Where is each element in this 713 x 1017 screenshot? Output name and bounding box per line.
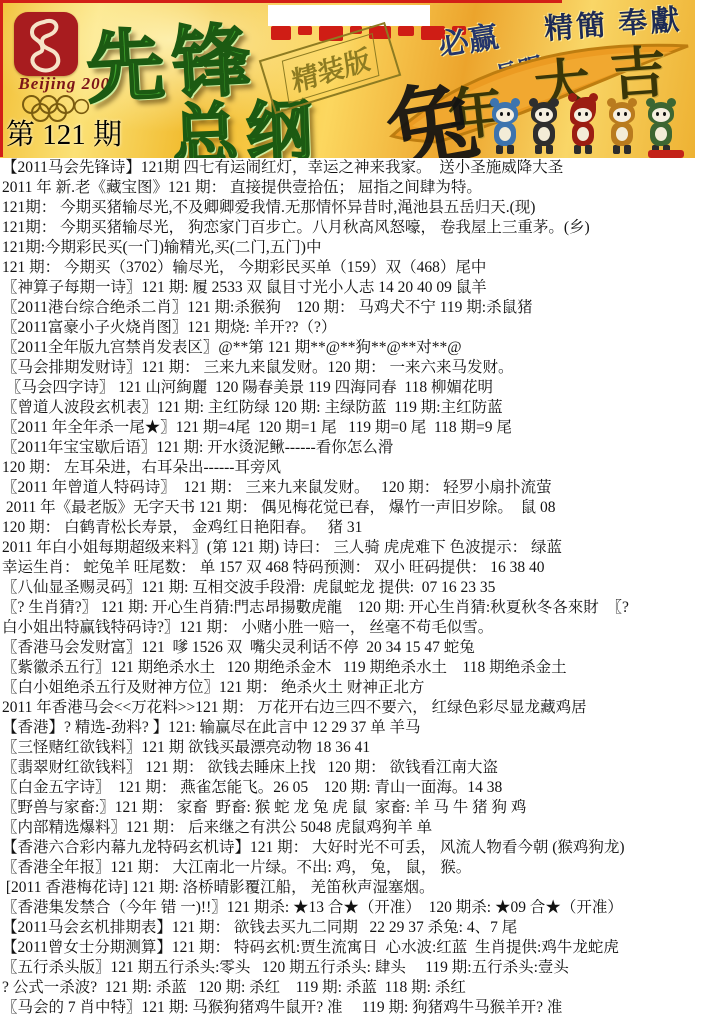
report-line: 〖白金五字诗〗 121 期： 燕雀怎能飞。26 05 120 期: 青山一面海。… — [0, 778, 713, 798]
report-line: 〖香港集发禁合（今年 错 一)!!〗121 期杀: ★13 合★（开准） 120… — [0, 898, 713, 918]
report-line: 121期:今期彩民买(一门)输精光,买(二门,五门)中 — [0, 238, 713, 258]
report-line: 121 期： 今期买（3702）输尽光， 今期彩民买单（159）双（468）尾中 — [0, 258, 713, 278]
report-line: 〖白小姐绝杀五行及财神方位〗121 期： 绝杀火土 财神正北方 — [0, 678, 713, 698]
report-line: 【2011马会玄机排期表】121 期： 欲钱去买九二同期 22 29 37 杀兔… — [0, 918, 713, 938]
report-line: 【2011曾女士分期测算】121 期： 特码玄机:贾生流寓日 心水波:红蓝 生肖… — [0, 938, 713, 958]
report-line: 2011 年 新.老《藏宝图》121 期： 直接提供壹拾伍； 屈指之间肆为特。 — [0, 178, 713, 198]
report-line: 2011 年《最老版》无字天书 121 期： 偶见梅花觉已春， 爆竹一声旧岁除。… — [0, 498, 713, 518]
report-line: 121期： 今期买猪输尽光,不及卿卿爱我情.无那情怀异昔时,渑池县五岳归天.(现… — [0, 198, 713, 218]
report-line: [2011 香港梅花诗] 121 期: 洛桥晴影覆江船， 羌笛秋声湿塞烟。 — [0, 878, 713, 898]
report-line: 白小姐出特赢钱特码诗?〗121 期： 小赌小胜一赔一， 丝毫不苟毛似雪。 — [0, 618, 713, 638]
report-line: ? 公式一杀波? 121 期: 杀蓝 120 期: 杀红 119 期: 杀蓝 1… — [0, 978, 713, 998]
tips-text-block: 【2011马会先锋诗】121期 四七有运闹红灯，幸运之神来我家。 送小圣施威降大… — [0, 158, 713, 1017]
mascot-beibei-icon — [487, 101, 523, 157]
whited-out-box — [268, 5, 430, 26]
banner: Beijing 2008 第 121 期 先锋 总纲 精装版 必赢 精簡 — [0, 0, 695, 158]
dancing-figure-icon — [14, 12, 78, 76]
report-line: 121期： 今期买猪输尽光， 狗恋家门百步亡。八月秋高风怒嚎， 卷我屋上三重茅。… — [0, 218, 713, 238]
report-line: 〖2011 年全年杀一尾★〗121 期=4尾 120 期=1 尾 119 期=0… — [0, 418, 713, 438]
report-line: 〖曾道人波段玄机表〗121 期: 主红防绿 120 期: 主绿防蓝 119 期:… — [0, 398, 713, 418]
issue-number: 第 121 期 — [6, 112, 122, 153]
report-line: 〖2011港台综合绝杀二肖〗121 期:杀猴狗 120 期： 马鸡犬不宁 119… — [0, 298, 713, 318]
report-line: 〖马会的 7 肖中特〗121 期: 马猴狗猪鸡牛鼠开? 准 119 期: 狗猪鸡… — [0, 998, 713, 1017]
report-line: 〖翡翠财红欲钱料〗 121 期： 欲钱去睡床上找 120 期： 欲钱看江南大盗 — [0, 758, 713, 778]
report-line: 【香港六合彩内幕九龙特码玄机诗】121 期： 大好时光不可丢， 风流人物看今朝 … — [0, 838, 713, 858]
report-line: 〖八仙显圣赐灵码〗121 期: 互相交波手段滑: 虎鼠蛇龙 提供: 07 16 … — [0, 578, 713, 598]
report-line: 〖紫徽杀五行〗121 期绝杀水土 120 期绝杀金木 119 期绝杀水土 118… — [0, 658, 713, 678]
report-line: 〖神算子每期一诗〗121 期: 履 2533 双 鼠目寸光小人志 14 20 4… — [0, 278, 713, 298]
report-line: 〖香港全年报〗121 期： 大江南北一片绿。不出: 鸡， 兔， 鼠， 猴。 — [0, 858, 713, 878]
report-line: 〖马会排期发财诗〗121 期： 三来九来鼠发财。120 期： 一来六来马发财。 — [0, 358, 713, 378]
report-line: 〖野兽与家畜:〗121 期： 家畜 野畜: 猴 蛇 龙 兔 虎 鼠 家畜: 羊 … — [0, 798, 713, 818]
beijing-2008-emblem-icon — [14, 12, 78, 76]
report-line: 幸运生肖： 蛇兔羊 旺尾数： 单 157 双 468 特码预测： 双小 旺码提供… — [0, 558, 713, 578]
report-line: 〖五行杀头版〗121 期五行杀头:零头 120 期五行杀头: 肆头 119 期:… — [0, 958, 713, 978]
report-line: 120 期： 左耳朵进，右耳朵出------耳旁风 — [0, 458, 713, 478]
report-line: 2011 年香港马会<<万花料>>121 期： 万花开右边三四不要六， 红绿色彩… — [0, 698, 713, 718]
report-line: 120 期： 白鹤青松长寿景， 金鸡红日艳阳春。 猪 31 — [0, 518, 713, 538]
report-line: 2011 年白小姐每期超级来料〗(第 121 期) 诗曰： 三人骑 虎虎难下 色… — [0, 538, 713, 558]
report-line: 【香港】? 精选-劲料? 】121: 输赢尽在此言中 12 29 37 单 羊马 — [0, 718, 713, 738]
red-accent — [648, 150, 684, 158]
ribbon-char-ji: 吉 — [607, 28, 668, 112]
mascot-nini-icon — [643, 101, 679, 157]
report-line: 〖? 生肖猜?〗 121 期: 开心生肖猜:門志昂揚數虎龍 120 期: 开心生… — [0, 598, 713, 618]
report-line: 〖2011年宝宝歇后语〗121 期: 开水烫泥鳅------看你怎么滑 — [0, 438, 713, 458]
fuwa-mascots — [487, 101, 679, 157]
red-border-top — [0, 0, 562, 3]
report-line: 〖2011富豪小子火烧肖图〗121 期烧: 羊开??（?） — [0, 318, 713, 338]
mascot-huanhuan-icon — [565, 101, 601, 157]
report-line: 〖三怪赌红欲钱料〗121 期 欲钱买最漂亮动物 18 36 41 — [0, 738, 713, 758]
report-line: 〖马会四字诗〗 121 山河絢麗 120 陽春美景 119 四海同春 118 柳… — [0, 378, 713, 398]
mascot-yingying-icon — [604, 101, 640, 157]
report-line: 〖2011全年版九宫禁肖发表区〗@**第 121 期**@**狗**@**对**… — [0, 338, 713, 358]
report-line: 【2011马会先锋诗】121期 四七有运闹红灯，幸运之神来我家。 送小圣施威降大… — [0, 158, 713, 178]
mascot-jingjing-icon — [526, 101, 562, 157]
tip-sheet-page: Beijing 2008 第 121 期 先锋 总纲 精装版 必赢 精簡 — [0, 0, 713, 1017]
report-line: 〖香港马会发财富〗121 嗲 1526 双 嘴尖灵利话不停 20 34 15 4… — [0, 638, 713, 658]
report-line: 〖2011 年曾道人特码诗〗 121 期： 三来九来鼠发财。 120 期： 轻罗… — [0, 478, 713, 498]
report-line: 〖内部精选爆料〗121 期： 后来继之有洪公 5048 虎鼠鸡狗羊 单 — [0, 818, 713, 838]
